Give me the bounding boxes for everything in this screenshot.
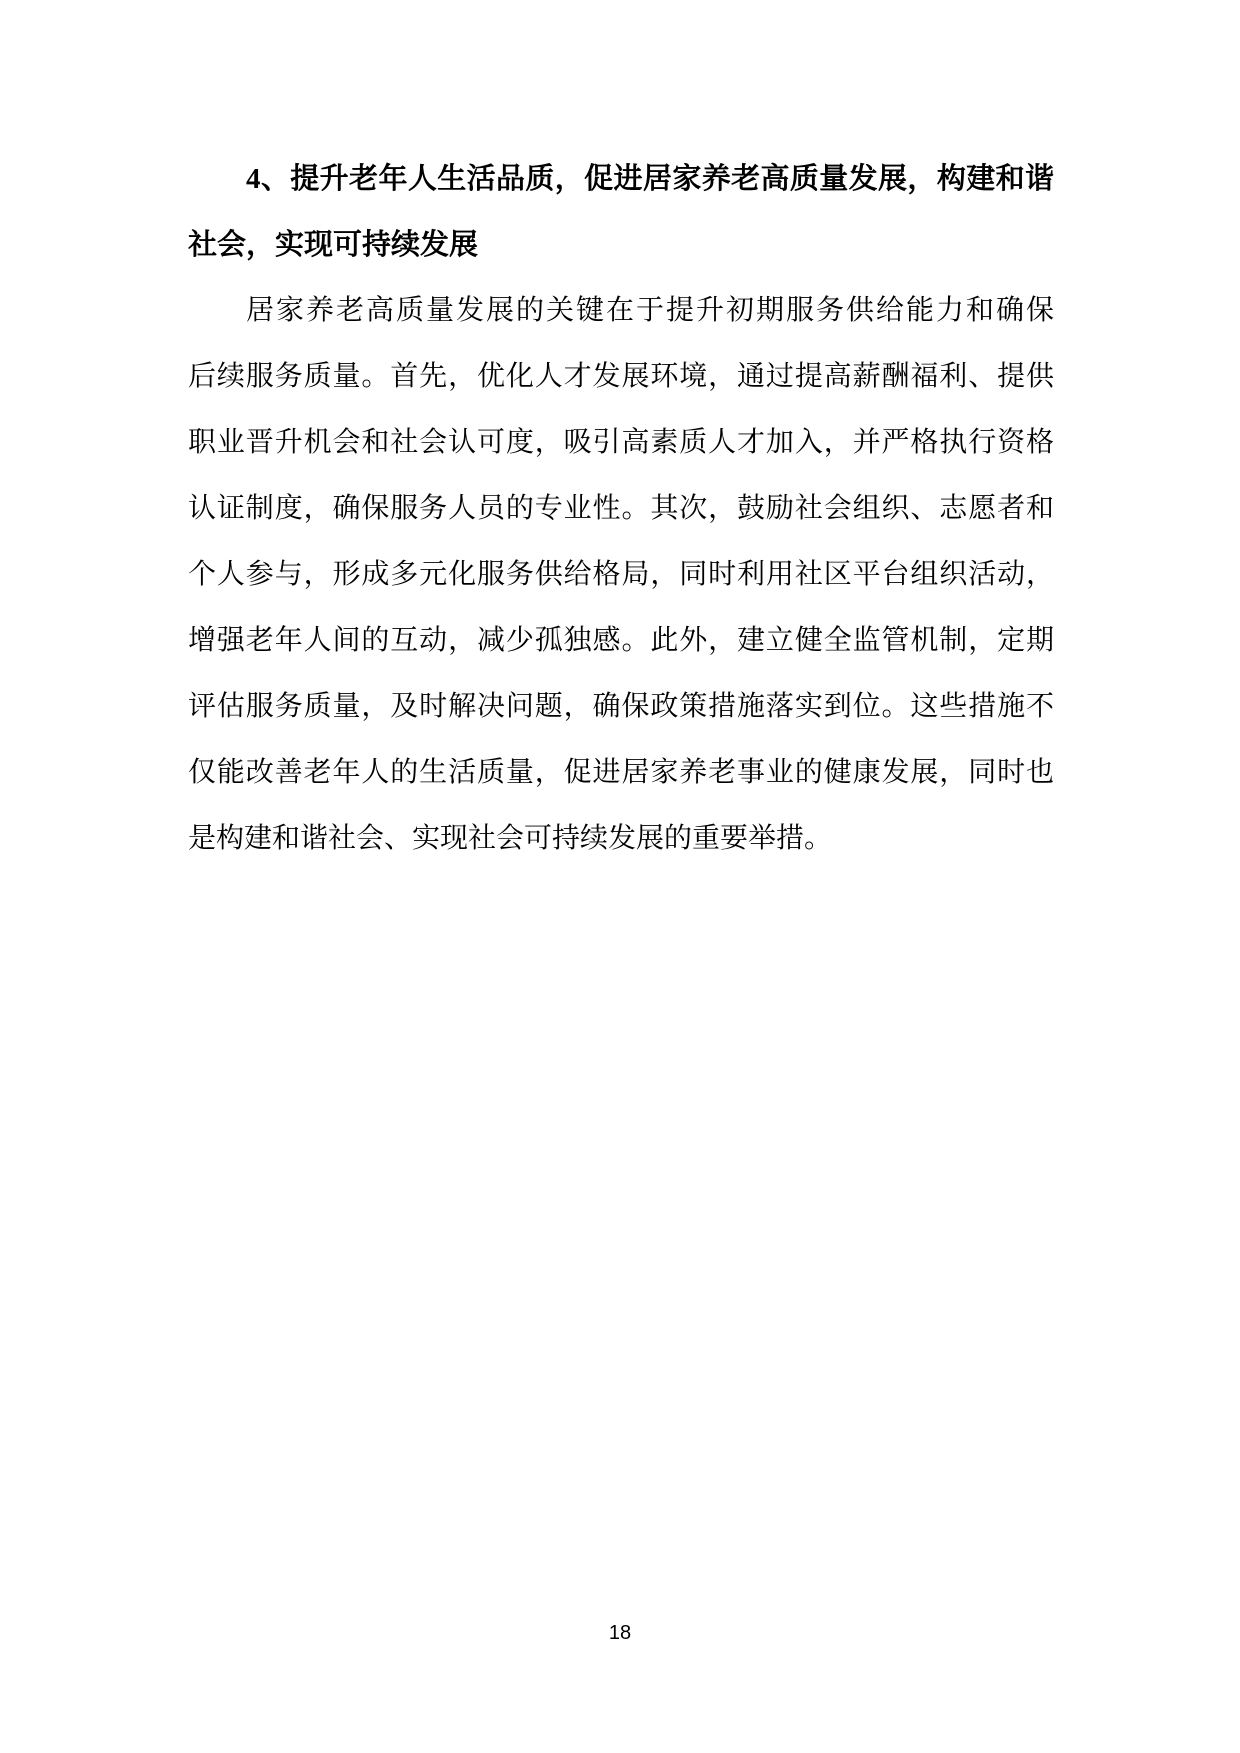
paragraph-line: 是构建和谐社会、实现社会可持续发展的重要举措。 bbox=[188, 806, 1054, 872]
paragraph-line: 个人参与，形成多元化服务供给格局，同时利用社区平台组织活动， bbox=[188, 542, 1054, 608]
document-page: 4、提升老年人生活品质，促进居家养老高质量发展，构建和谐 社会，实现可持续发展 … bbox=[0, 0, 1240, 1753]
paragraph-line: 增强老年人间的互动，减少孤独感。此外，建立健全监管机制，定期 bbox=[188, 608, 1054, 674]
paragraph-line: 仅能改善老年人的生活质量，促进居家养老事业的健康发展，同时也 bbox=[188, 740, 1054, 806]
paragraph-line: 后续服务质量。首先，优化人才发展环境，通过提高薪酬福利、提供 bbox=[188, 344, 1054, 410]
paragraph-line: 评估服务质量，及时解决问题，确保政策措施落实到位。这些措施不 bbox=[188, 674, 1054, 740]
document-body: 4、提升老年人生活品质，促进居家养老高质量发展，构建和谐 社会，实现可持续发展 … bbox=[188, 146, 1054, 872]
heading-line-2: 社会，实现可持续发展 bbox=[188, 212, 1054, 278]
page-footer: 18 bbox=[0, 1622, 1240, 1645]
paragraph-line: 居家养老高质量发展的关键在于提升初期服务供给能力和确保 bbox=[188, 278, 1054, 344]
paragraph-line: 认证制度，确保服务人员的专业性。其次，鼓励社会组织、志愿者和 bbox=[188, 476, 1054, 542]
page-number: 18 bbox=[609, 1622, 631, 1644]
paragraph-line: 职业晋升机会和社会认可度，吸引高素质人才加入，并严格执行资格 bbox=[188, 410, 1054, 476]
heading-line-1: 4、提升老年人生活品质，促进居家养老高质量发展，构建和谐 bbox=[188, 146, 1054, 212]
